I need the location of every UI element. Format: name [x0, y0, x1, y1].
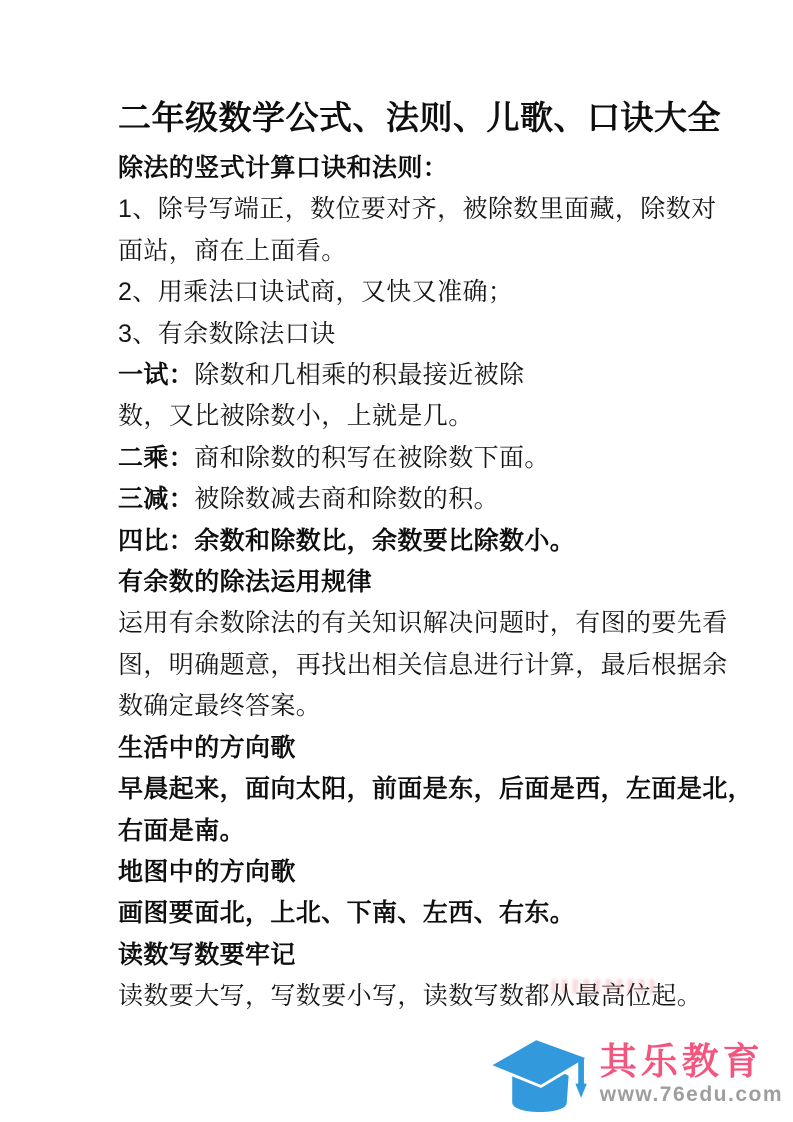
paragraph-text: 3、有余数除法口诀: [118, 320, 336, 348]
paragraph-text: 有余数的除法运用规律: [118, 568, 372, 596]
document-content: 二年级数学公式、法则、儿歌、口诀大全 除法的竖式计算口诀和法则：1、除号写端正，…: [118, 96, 766, 1018]
paragraph-lead: 二乘：: [118, 444, 194, 472]
paragraph-text: 被除数减去商和除数的积。: [194, 485, 499, 513]
page-title: 二年级数学公式、法则、儿歌、口诀大全: [118, 96, 684, 140]
paragraph: 2、用乘法口诀试商，又快又准确；: [118, 272, 766, 313]
paragraph-text: 早晨起来，面向太阳，前面是东，后面是西，左面是北， 右面是南。: [118, 775, 753, 844]
paragraph-text: 除法的竖式计算口诀和法则：: [118, 154, 448, 182]
brand-name: 其乐教育: [600, 1043, 764, 1080]
paragraph: 1、除号写端正，数位要对齐，被除数里面藏，除数对 面站，商在上面看。: [118, 189, 766, 272]
paragraph: 三减：被除数减去商和除数的积。: [118, 479, 766, 520]
paragraph: 早晨起来，面向太阳，前面是东，后面是西，左面是北， 右面是南。: [118, 769, 766, 852]
paragraph: 地图中的方向歌: [118, 852, 766, 893]
paragraph-text: 2、用乘法口诀试商，又快又准确；: [118, 278, 513, 306]
paragraph-text: 商和除数的积写在被除数下面。: [194, 444, 550, 472]
brand-url: www.76edu.com: [600, 1084, 783, 1105]
paragraph-text: 四比：余数和除数比，余数要比除数小。: [118, 527, 575, 555]
paragraph-text: 运用有余数除法的有关知识解决问题时，有图的要先看 图，明确题意，再找出相关信息进…: [118, 609, 728, 720]
paragraph: 二乘：商和除数的积写在被除数下面。: [118, 438, 766, 479]
paragraph: 读数写数要牢记: [118, 935, 766, 976]
paragraph: 画图要面北，上北、下南、左西、右东。: [118, 893, 766, 934]
paragraph: 生活中的方向歌: [118, 728, 766, 769]
paragraph-text: 读数写数要牢记: [118, 941, 296, 969]
paragraph-text: 生活中的方向歌: [118, 734, 296, 762]
paragraph-text: 地图中的方向歌: [118, 858, 296, 886]
paragraph-text: 读数要大写，写数要小写，读数写数都从最高位起。: [118, 982, 702, 1010]
paragraph: 读数要大写，写数要小写，读数写数都从最高位起。: [118, 976, 766, 1017]
paragraph: 运用有余数除法的有关知识解决问题时，有图的要先看 图，明确题意，再找出相关信息进…: [118, 603, 766, 727]
paragraph: 有余数的除法运用规律: [118, 562, 766, 603]
paragraph-lead: 一试：: [118, 361, 194, 389]
paragraph: 一试：除数和几相乘的积最接近被除 数，又比被除数小，上就是几。: [118, 355, 766, 438]
document-body: 除法的竖式计算口诀和法则：1、除号写端正，数位要对齐，被除数里面藏，除数对 面站…: [118, 148, 766, 1018]
document-page: 二年级数学公式、法则、儿歌、口诀大全 除法的竖式计算口诀和法则：1、除号写端正，…: [0, 0, 793, 1122]
paragraph: 3、有余数除法口诀: [118, 314, 766, 355]
paragraph: 四比：余数和除数比，余数要比除数小。: [118, 521, 766, 562]
brand-text-block: 其乐教育 www.76edu.com: [600, 1043, 783, 1105]
graduation-cap-icon: [486, 1030, 592, 1118]
paragraph: 除法的竖式计算口诀和法则：: [118, 148, 766, 189]
brand-logo: 其乐教育 www.76edu.com: [486, 1030, 783, 1118]
paragraph-text: 1、除号写端正，数位要对齐，被除数里面藏，除数对 面站，商在上面看。: [118, 195, 717, 264]
paragraph-text: 画图要面北，上北、下南、左西、右东。: [118, 899, 575, 927]
paragraph-lead: 三减：: [118, 485, 194, 513]
